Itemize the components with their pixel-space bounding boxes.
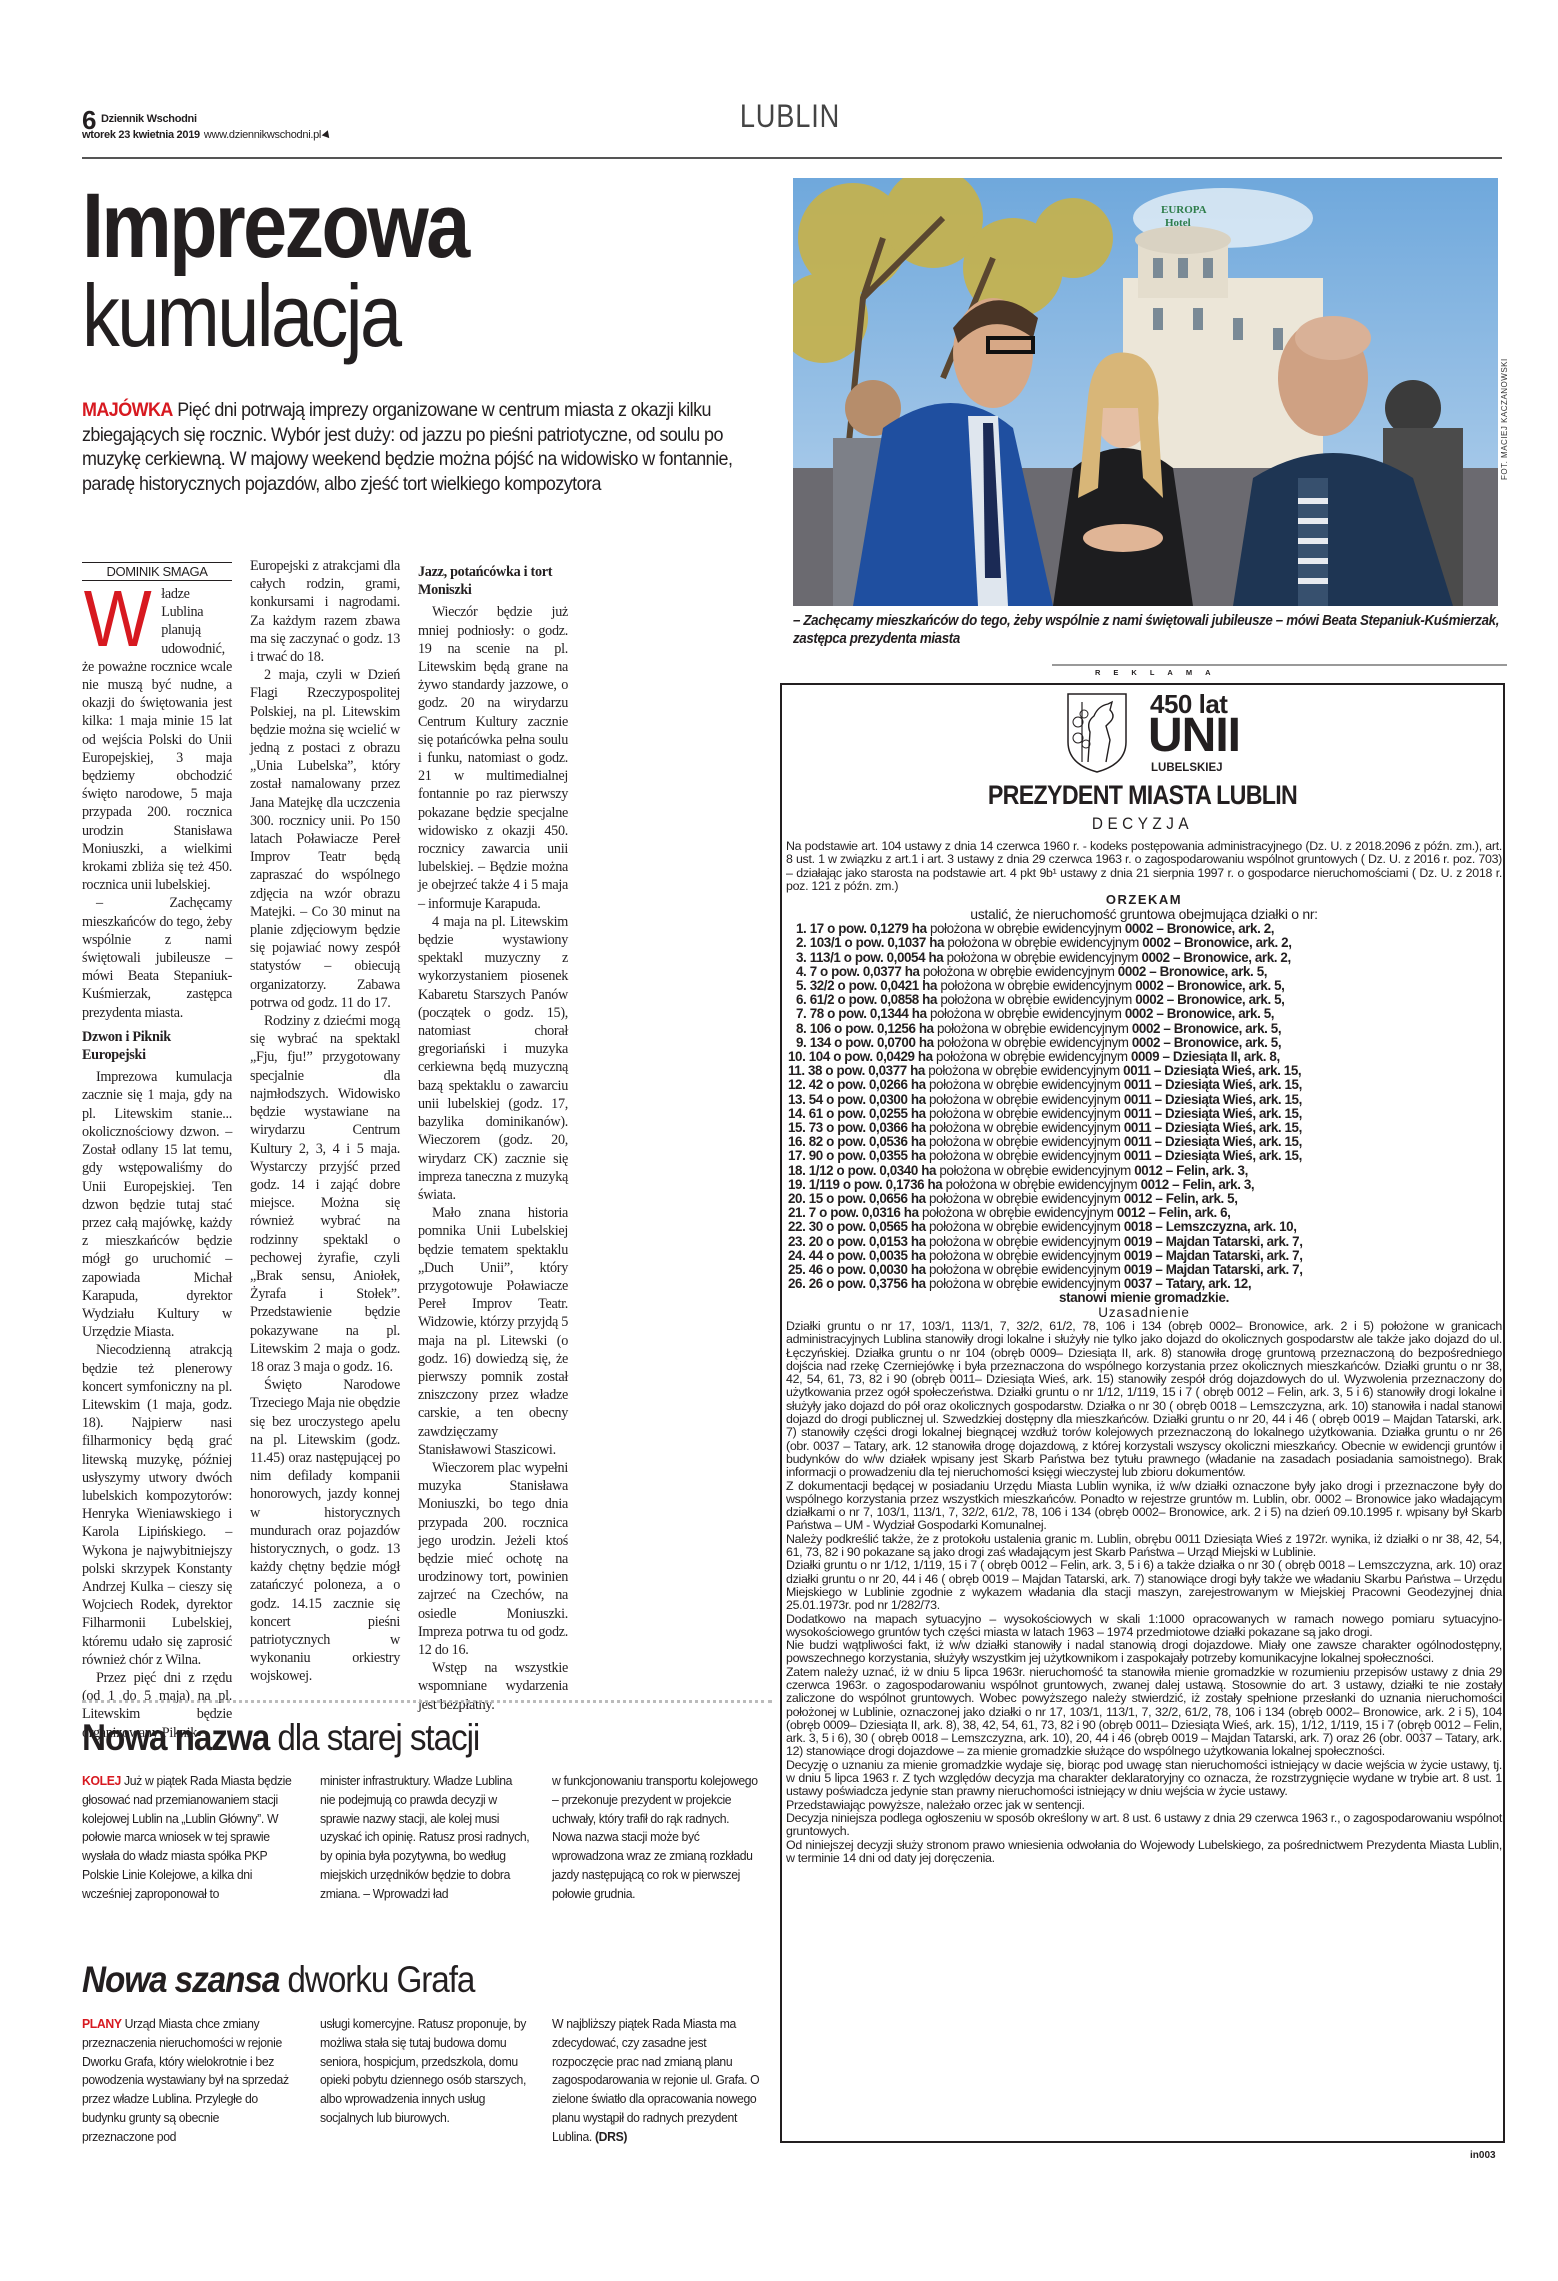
parcel-row: 23. 20 o pow. 0,0153 ha położona w obręb… bbox=[786, 1235, 1502, 1249]
subheading: Jazz, potańcówka i tort Moniszki bbox=[418, 563, 568, 599]
paragraph: 2 maja, czyli w Dzień Flagi Rzeczypospol… bbox=[250, 666, 400, 1012]
article-photo: EUROPA Hotel bbox=[793, 178, 1498, 606]
section-title: LUBLIN bbox=[663, 98, 918, 135]
logo-lubelskiej: LUBELSKIEJ bbox=[1151, 762, 1223, 774]
advert-subtitle: DECYZJA bbox=[816, 814, 1469, 834]
decision-conclusion: stanowi mienie gromadzkie. bbox=[786, 1291, 1502, 1306]
justification-paragraph: Decyzja niniejsza podlega ogłoszeniu w s… bbox=[786, 1812, 1502, 1839]
parcel-row: 19. 1/119 o pow. 0,1736 ha położona w ob… bbox=[786, 1178, 1502, 1192]
legal-basis: Na podstawie art. 104 ustawy z dnia 14 c… bbox=[786, 840, 1502, 893]
advert-label: REKLAMA bbox=[1095, 668, 1224, 677]
parcel-row: 16. 82 o pow. 0,0536 ha położona w obręb… bbox=[786, 1135, 1502, 1149]
website-link[interactable]: www.dziennikwschodni.pl bbox=[204, 129, 321, 141]
advert-title: PREZYDENT MIASTA LUBLIN bbox=[831, 780, 1455, 811]
justification-paragraph: Z dokumentacji będącej w posiadaniu Urzę… bbox=[786, 1480, 1502, 1533]
decision-intro: ustalić, że nieruchomość gruntowa obejmu… bbox=[786, 907, 1502, 922]
paragraph: Imprezowa kumulacja zacznie się 1 maja, … bbox=[82, 1068, 232, 1341]
cursor-arrow-icon bbox=[322, 130, 333, 141]
article-lead: MAJÓWKA Pięć dni potrwają imprezy organi… bbox=[82, 398, 781, 496]
parcel-row: 8. 106 o pow. 0,1256 ha położona w obręb… bbox=[786, 1022, 1502, 1036]
paragraph: Wstęp na wszystkie wspomniane wydarzenia… bbox=[418, 1659, 568, 1714]
justification-paragraph: Dodatkowo na mapach sytuacyjno – wysokoś… bbox=[786, 1613, 1502, 1640]
manor-column-3: W najbliższy piątek Rada Miasta ma zdecy… bbox=[552, 2015, 762, 2147]
decision-body: Na podstawie art. 104 ustawy z dnia 14 c… bbox=[786, 840, 1502, 1865]
parcel-row: 5. 32/2 o pow. 0,0421 ha położona w obrę… bbox=[786, 979, 1502, 993]
header-divider bbox=[82, 157, 1502, 159]
justification-paragraph: Działki gruntu o nr 1/12, 1/119, 15 i 7 … bbox=[786, 1559, 1502, 1612]
paragraph: Święto Narodowe Trzeciego Maja nie obędz… bbox=[250, 1376, 400, 1685]
story-separator bbox=[82, 1700, 772, 1703]
parcel-list: 1. 17 o pow. 0,1279 ha położona w obrębi… bbox=[786, 922, 1502, 1291]
parcel-row: 4. 7 o pow. 0,0377 ha położona w obrębie… bbox=[786, 965, 1502, 979]
parcel-row: 1. 17 o pow. 0,1279 ha położona w obrębi… bbox=[786, 922, 1502, 936]
headline-line2: kumulacja bbox=[82, 272, 399, 360]
parcel-row: 21. 7 o pow. 0,0316 ha położona w obrębi… bbox=[786, 1206, 1502, 1220]
article-column-1: DOMINIK SMAGA W ładze Lublina planują ud… bbox=[82, 562, 232, 1742]
subheading: Dzwon i Piknik Europejski bbox=[82, 1028, 232, 1064]
svg-text:EUROPA: EUROPA bbox=[1161, 204, 1207, 216]
parcel-row: 26. 26 o pow. 0,3756 ha położona w obręb… bbox=[786, 1277, 1502, 1291]
justification-paragraph: Nie budzi wątpliwości fakt, iż w/w dział… bbox=[786, 1639, 1502, 1666]
svg-text:Hotel: Hotel bbox=[1165, 217, 1191, 229]
justification-paragraph: Zatem należy uznać, iż w dniu 5 lipca 19… bbox=[786, 1666, 1502, 1759]
lead-kicker: MAJÓWKA bbox=[82, 399, 173, 421]
parcel-row: 11. 38 o pow. 0,0377 ha położona w obręb… bbox=[786, 1064, 1502, 1078]
manor-column-2: usługi komercyjne. Ratusz proponuje, by … bbox=[320, 2015, 530, 2128]
issue-date-line: wtorek 23 kwietnia 2019www.dziennikwscho… bbox=[82, 129, 331, 141]
justification-paragraph: Od niniejszej decyzji służy stronom praw… bbox=[786, 1839, 1502, 1866]
parcel-row: 12. 42 o pow. 0,0266 ha położona w obręb… bbox=[786, 1078, 1502, 1092]
manor-column-1: PLANY Urząd Miasta chce zmiany przeznacz… bbox=[82, 2015, 292, 2147]
parcel-row: 15. 73 o pow. 0,0366 ha położona w obręb… bbox=[786, 1121, 1502, 1135]
justification-paragraph: Decyzję o uznaniu za mienie gromadzkie w… bbox=[786, 1759, 1502, 1799]
lublin-coat-of-arms-icon bbox=[1066, 692, 1128, 774]
article-column-3: Jazz, potańcówka i tort MoniszkiWieczór … bbox=[418, 557, 568, 1714]
advert-code: in003 bbox=[1470, 2150, 1496, 2161]
issue-date: wtorek 23 kwietnia 2019 bbox=[82, 129, 200, 141]
photo-people-talking: EUROPA Hotel bbox=[793, 178, 1498, 606]
paragraph: 4 maja na pl. Litewskim będzie wystawion… bbox=[418, 913, 568, 1204]
paragraph: Niecodzienną atrakcją będzie też plenero… bbox=[82, 1341, 232, 1669]
parcel-row: 2. 103/1 o pow. 0,1037 ha położona w obr… bbox=[786, 936, 1502, 950]
paragraph: Rodziny z dziećmi mogą się wybrać na spe… bbox=[250, 1012, 400, 1376]
justification-paragraph: Należy podkreślić także, że z protokołu … bbox=[786, 1533, 1502, 1560]
parcel-row: 14. 61 o pow. 0,0255 ha położona w obręb… bbox=[786, 1107, 1502, 1121]
parcel-row: 10. 104 o pow. 0,0429 ha położona w obrę… bbox=[786, 1050, 1502, 1064]
paragraph: Wieczór będzie już mniej podniosły: o go… bbox=[418, 603, 568, 912]
logo-unii: UNII bbox=[1148, 712, 1240, 760]
parcel-row: 9. 134 o pow. 0,0700 ha położona w obręb… bbox=[786, 1036, 1502, 1050]
parcel-row: 7. 78 o pow. 0,1344 ha położona w obrębi… bbox=[786, 1007, 1502, 1021]
parcel-row: 24. 44 o pow. 0,0035 ha położona w obręb… bbox=[786, 1249, 1502, 1263]
justification-text: Działki gruntu o nr 17, 103/1, 113/1, 7,… bbox=[786, 1320, 1502, 1865]
paragraph: Mało znana historia pomnika Unii Lubelsk… bbox=[418, 1204, 568, 1459]
paragraph: Wieczorem plac wypełni muzyka Stanisława… bbox=[418, 1459, 568, 1659]
orzekam-heading: ORZEKAM bbox=[786, 893, 1502, 907]
parcel-row: 18. 1/12 o pow. 0,0340 ha położona w obr… bbox=[786, 1164, 1502, 1178]
station-headline: Nowa nazwa dla starej stacji bbox=[82, 1718, 479, 1758]
station-column-2: minister infrastruktury. Władze Lublina … bbox=[320, 1772, 530, 1904]
headline-line1: Imprezowa bbox=[82, 180, 468, 272]
advert-top-rule bbox=[1052, 664, 1507, 666]
drop-cap: W bbox=[84, 587, 152, 651]
parcel-row: 13. 54 o pow. 0,0300 ha położona w obręb… bbox=[786, 1093, 1502, 1107]
parcel-row: 25. 46 o pow. 0,0030 ha położona w obręb… bbox=[786, 1263, 1502, 1277]
photo-credit: FOT. MACIEJ KACZANOWSKI bbox=[1500, 358, 1509, 480]
station-column-1: KOLEJ Już w piątek Rada Miasta będzie gł… bbox=[82, 1772, 292, 1904]
justification-heading: Uzasadnienie bbox=[786, 1306, 1502, 1320]
paper-name: Dziennik Wschodni bbox=[101, 113, 197, 125]
parcel-row: 17. 90 o pow. 0,0355 ha położona w obręb… bbox=[786, 1149, 1502, 1163]
paragraph: – Zachęcamy mieszkańców do tego, żeby ws… bbox=[82, 894, 232, 1021]
paragraph: Europejski z atrakcjami dla całych rodzi… bbox=[250, 557, 400, 666]
lead-text: Pięć dni potrwają imprezy organizowane w… bbox=[82, 399, 732, 495]
parcel-row: 6. 61/2 o pow. 0,0858 ha położona w obrę… bbox=[786, 993, 1502, 1007]
article-column-2: Europejski z atrakcjami dla całych rodzi… bbox=[250, 557, 400, 1686]
manor-headline: Nowa szansa dworku Grafa bbox=[82, 1960, 474, 2000]
parcel-row: 22. 30 o pow. 0,0565 ha położona w obręb… bbox=[786, 1220, 1502, 1234]
photo-caption: – Zachęcamy mieszkańców do tego, żeby ws… bbox=[793, 612, 1501, 648]
parcel-row: 20. 15 o pow. 0,0656 ha położona w obręb… bbox=[786, 1192, 1502, 1206]
justification-paragraph: Działki gruntu o nr 17, 103/1, 113/1, 7,… bbox=[786, 1320, 1502, 1480]
justification-paragraph: Przedstawiając powyższe, należało orzec … bbox=[786, 1799, 1502, 1812]
parcel-row: 3. 113/1 o pow. 0,0054 ha położona w obr… bbox=[786, 951, 1502, 965]
station-column-3: w funkcjonowaniu transportu kolejowego –… bbox=[552, 1772, 762, 1904]
